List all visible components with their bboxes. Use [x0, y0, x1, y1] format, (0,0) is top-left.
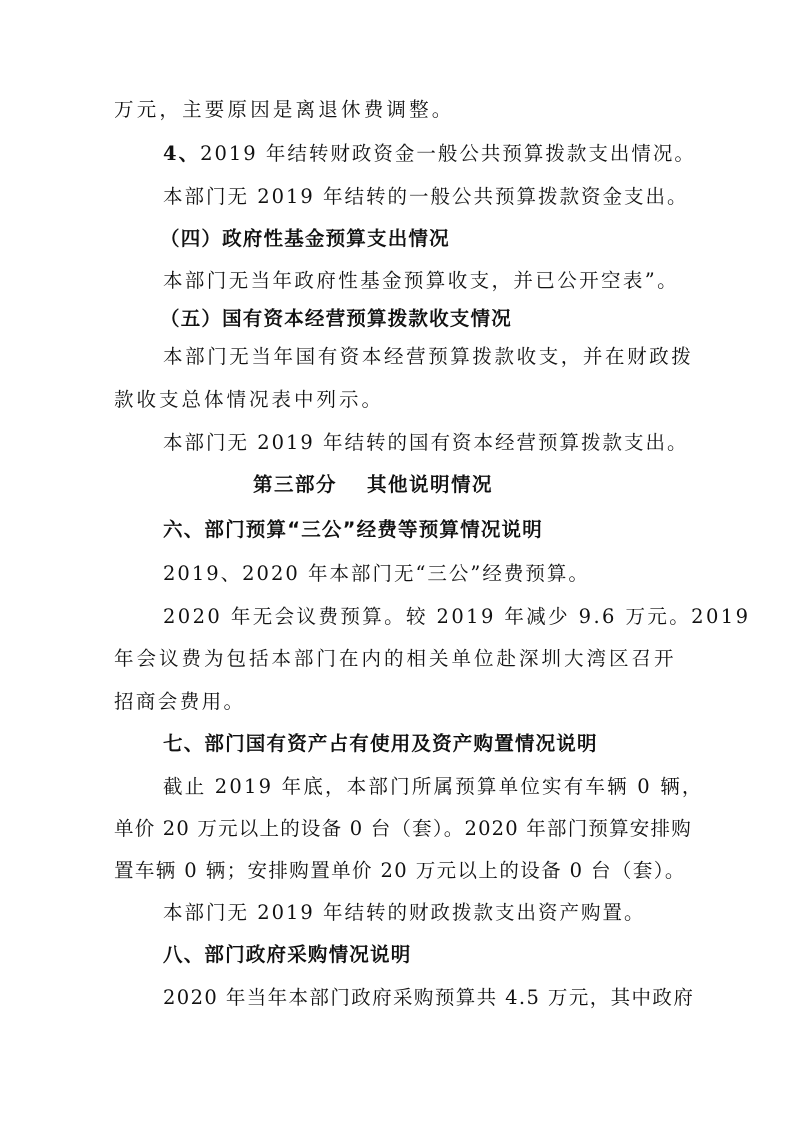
section-heading: （四）政府性基金预算支出情况 [160, 227, 450, 251]
paragraph-line: 本部门无当年政府性基金预算收支，并已公开空表”。 [163, 269, 679, 293]
paragraph-line: 2020 年当年本部门政府采购预算共 4.5 万元，其中政府 [163, 986, 694, 1010]
paragraph-line: 本部门无 2019 年结转的国有资本经营预算拨款支出。 [163, 431, 689, 455]
part-title-text: 其他说明情况 [367, 473, 493, 496]
subsection-line: 4、2019 年结转财政资金一般公共预算拨款支出情况。 [163, 142, 696, 166]
paragraph-line: 2020 年无会议费预算。较 2019 年减少 9.6 万元。2019 [163, 605, 750, 629]
document-page: 万元，主要原因是离退休费调整。 4、2019 年结转财政资金一般公共预算拨款支出… [0, 0, 793, 1122]
paragraph-line: 本部门无 2019 年结转的一般公共预算拨款资金支出。 [163, 185, 689, 209]
part-title-number: 第三部分 [253, 473, 337, 496]
paragraph-line: 招商会费用。 [114, 690, 245, 714]
subsection-text: 2019 年结转财政资金一般公共预算拨款支出情况。 [200, 142, 696, 165]
paragraph-line: 截止 2019 年底，本部门所属预算单位实有车辆 0 辆， [163, 775, 704, 799]
paragraph-line: 置车辆 0 辆；安排购置单价 20 万元以上的设备 0 台（套）。 [114, 859, 686, 883]
paragraph-line: 2019、2020 年本部门无“三公”经费预算。 [163, 562, 590, 586]
item-number: 4、 [163, 142, 200, 165]
section-heading: 七、部门国有资产占有使用及资产购置情况说明 [163, 732, 598, 756]
paragraph-line: 单价 20 万元以上的设备 0 台（套）。2020 年部门预算安排购 [114, 817, 692, 841]
paragraph-line: 本部门无当年国有资本经营预算拨款收支，并在财政拨 [163, 345, 693, 369]
paragraph-line: 年会议费为包括本部门在内的相关单位赴深圳大湾区召开 [114, 647, 677, 671]
paragraph-line: 款收支总体情况表中列示。 [114, 388, 384, 412]
part-title: 第三部分其他说明情况 [253, 473, 493, 497]
section-heading: （五）国有资本经营预算拨款收支情况 [160, 307, 512, 331]
section-heading: 六、部门预算“三公”经费等预算情况说明 [163, 518, 543, 542]
section-heading: 八、部门政府采购情况说明 [163, 943, 411, 967]
paragraph-line: 本部门无 2019 年结转的财政拨款支出资产购置。 [163, 901, 646, 925]
paragraph-line: 万元，主要原因是离退休费调整。 [114, 98, 455, 122]
